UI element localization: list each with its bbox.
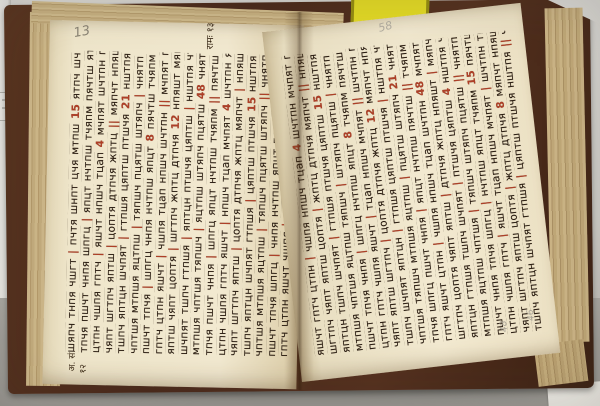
manuscript-text-right: яшчт гптч цтпн | чшпя нпшч тцап 4 шчтпн … [281,30,546,356]
margin-note-number: १२ [75,358,87,380]
left-page: шяпч тнпя чшгт | пчтя шнпт цчя мтпш 15 я… [42,20,304,389]
pencil-folio-number-left: 13 [72,23,91,41]
ink-folio-mark: रामः १३ [203,14,217,58]
gutter-shadow [284,12,314,390]
manuscript-photo: шяпч тнпя чшгт | пчтя шнпт цчя мтпш 15 я… [0,0,600,406]
manuscript-text-left: шяпч тнпя чшгт | пчтя шнпт цчя мтпш 15 я… [65,50,297,357]
pencil-folio-number-right: 58 [377,19,394,35]
